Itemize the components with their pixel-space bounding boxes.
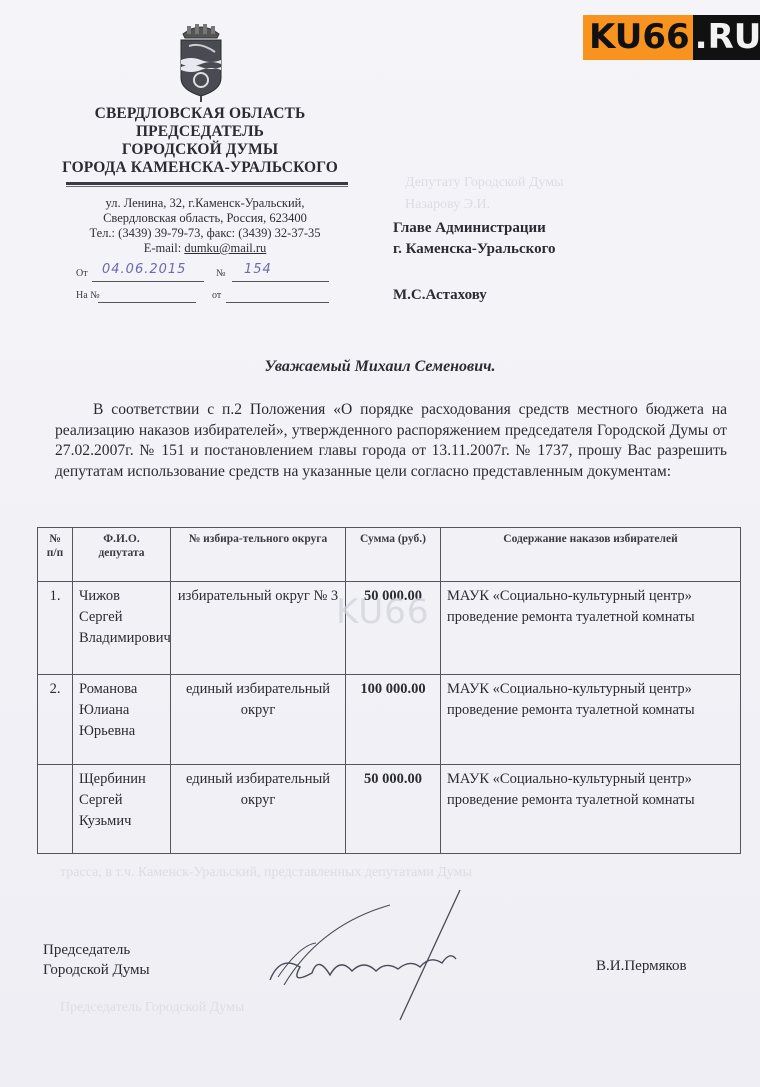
patronymic: Юрьевна <box>79 721 164 742</box>
addressee-name: М.С.Астахову <box>393 285 487 305</box>
address-email: E-mail: dumku@mail.ru <box>50 241 360 256</box>
header-district: № избира-тельного округа <box>171 528 346 582</box>
watermark: KU66 <box>336 592 430 632</box>
salutation: Уважаемый Михаил Семенович. <box>0 358 760 376</box>
surname: Щербинин <box>79 769 164 790</box>
row-number <box>38 765 73 854</box>
address-phone: Тел.: (3439) 39-79-73, факс: (3439) 32-3… <box>50 226 360 241</box>
address-street: ул. Ленина, 32, г.Каменск-Уральский, <box>50 196 360 211</box>
number-label: № <box>216 268 226 279</box>
row-number: 2. <box>38 675 73 765</box>
ref-label: На № <box>76 290 100 301</box>
district: единый избирательный округ <box>171 675 346 765</box>
patronymic: Владимирович <box>79 628 164 649</box>
letterhead-divider-thin <box>66 186 348 187</box>
table-row: ЩербининСергейКузьмич единый избирательн… <box>38 765 741 854</box>
surname: Чижов <box>79 586 164 607</box>
email-link[interactable]: dumku@mail.ru <box>184 241 266 255</box>
order-content: МАУК «Социально-культурный центр» провед… <box>441 765 741 854</box>
patronymic: Кузьмич <box>79 811 164 832</box>
show-through-text: Назарову Э.И. <box>405 197 490 213</box>
letterhead-divider <box>66 182 348 185</box>
coat-of-arms-icon <box>175 20 227 102</box>
ref-from-label: от <box>212 290 221 301</box>
logo-black-part: .RU <box>693 15 760 60</box>
registration-number: 154 <box>244 262 272 277</box>
signatory-name: В.И.Пермяков <box>596 958 687 975</box>
first-name: Юлиана <box>79 700 164 721</box>
body-paragraph: В соответствии с п.2 Положения «О порядк… <box>55 400 727 482</box>
order-content: МАУК «Социально-культурный центр» провед… <box>441 675 741 765</box>
table-header-row: № п/п Ф.И.О. депутата № избира-тельного … <box>38 528 741 582</box>
voter-orders-table: № п/п Ф.И.О. депутата № избира-тельного … <box>37 527 741 854</box>
district: единый избирательный округ <box>171 765 346 854</box>
first-name: Сергей <box>79 607 164 628</box>
handwritten-signature-icon <box>260 885 500 1025</box>
ku66-logo[interactable]: KU66 .RU <box>583 15 760 60</box>
header-sum: Сумма (руб.) <box>346 528 441 582</box>
deputy-name: ЧижовСергейВладимирович <box>73 582 171 675</box>
ref-from-line <box>226 302 329 303</box>
registration-date: 04.06.2015 <box>102 262 186 277</box>
district: избирательный округ № 3 <box>171 582 346 675</box>
first-name: Сергей <box>79 790 164 811</box>
from-label: От <box>76 268 88 279</box>
date-line <box>92 281 204 282</box>
deputy-name: ЩербининСергейКузьмич <box>73 765 171 854</box>
deputy-name: РомановаЮлианаЮрьевна <box>73 675 171 765</box>
addressee-position: Главе Администрации <box>393 218 546 238</box>
show-through-text: Председатель Городской Думы <box>60 1000 244 1016</box>
signatory-title-line2: Городской Думы <box>43 960 150 980</box>
letterhead-body: ГОРОДСКОЙ ДУМЫ <box>40 141 360 159</box>
signatory-title-line1: Председатель <box>43 940 150 960</box>
document-page: Депутату Городской Думы Назарову Э.И. тр… <box>0 0 760 1087</box>
letter-body: В соответствии с п.2 Положения «О порядк… <box>55 400 727 482</box>
addressee-city: г. Каменска-Уральского <box>393 239 556 259</box>
show-through-text: трасса, в т.ч. Каменск-Уральский, предст… <box>60 865 472 881</box>
number-line <box>232 281 329 282</box>
row-number: 1. <box>38 582 73 675</box>
table-row: 2. РомановаЮлианаЮрьевна единый избирате… <box>38 675 741 765</box>
letterhead-region: СВЕРДЛОВСКАЯ ОБЛАСТЬ <box>40 105 360 123</box>
email-label: E-mail: <box>144 241 185 255</box>
address-region: Свердловская область, Россия, 623400 <box>50 211 360 226</box>
sum: 50 000.00 <box>346 765 441 854</box>
header-content: Содержание наказов избирателей <box>441 528 741 582</box>
letterhead-city: ГОРОДА КАМЕНСКА-УРАЛЬСКОГО <box>40 159 360 177</box>
logo-orange-part: KU66 <box>583 15 693 60</box>
letterhead-title: ПРЕДСЕДАТЕЛЬ <box>40 123 360 141</box>
ref-line <box>98 302 196 303</box>
header-name: Ф.И.О. депутата <box>73 528 171 582</box>
show-through-text: Депутату Городской Думы <box>405 175 564 191</box>
order-content: МАУК «Социально-культурный центр» провед… <box>441 582 741 675</box>
signatory-title: Председатель Городской Думы <box>43 940 150 980</box>
sum: 100 000.00 <box>346 675 441 765</box>
surname: Романова <box>79 679 164 700</box>
header-number: № п/п <box>38 528 73 582</box>
